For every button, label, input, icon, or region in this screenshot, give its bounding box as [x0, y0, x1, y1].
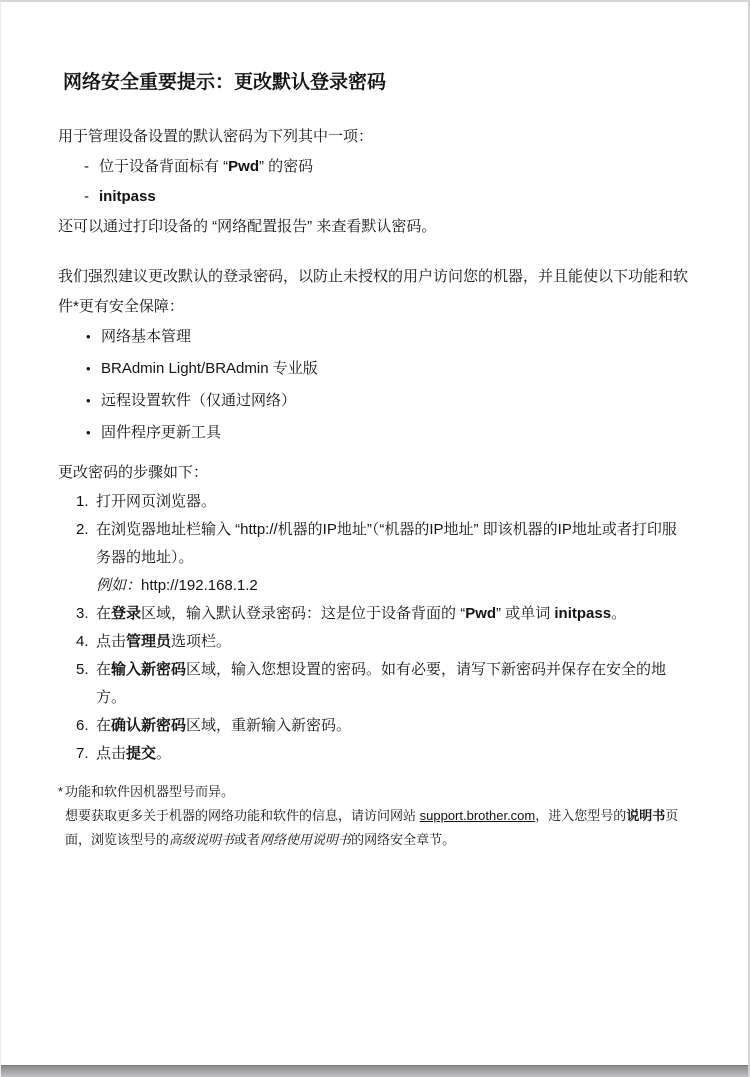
- text-segment: 管理员: [126, 633, 171, 650]
- list-item-text: 远程设置软件（仅通过网络）: [101, 392, 296, 409]
- step-item: 7. 点击提交。: [58, 740, 688, 768]
- step-number: 5.: [76, 656, 89, 684]
- text-segment: 。: [611, 605, 626, 622]
- recommendation-paragraph: 我们强烈建议更改默认的登录密码，以防止未授权的用户访问您的机器，并且能使以下功能…: [58, 262, 688, 322]
- list-item-text: BRAdmin Light/BRAdmin 专业版: [101, 360, 318, 377]
- bullet-marker: •: [86, 418, 91, 448]
- text-segment: 。: [156, 745, 171, 762]
- bullet-marker: •: [86, 354, 91, 384]
- text-segment: ” 的密码: [259, 158, 313, 175]
- text-segment: 登录: [111, 605, 141, 622]
- step-number: 3.: [76, 600, 89, 628]
- step-number: 7.: [76, 740, 89, 768]
- text-segment: 想要获取更多关于机器的网络功能和软件的信息，请访问网站: [65, 808, 420, 823]
- text-segment: 位于设备背面标有 “: [99, 158, 228, 175]
- step-number: 6.: [76, 712, 89, 740]
- document-title: 网络安全重要提示：更改默认登录密码: [63, 70, 688, 96]
- secured-features-list: • 网络基本管理 • BRAdmin Light/BRAdmin 专业版 • 远…: [58, 322, 688, 448]
- text-segment: ” 或单词: [496, 605, 554, 622]
- text-segment: initpass: [554, 605, 611, 622]
- footnote-body: 想要获取更多关于机器的网络功能和软件的信息，请访问网站 support.brot…: [58, 804, 688, 852]
- step-text: 打开网页浏览器。: [96, 493, 216, 510]
- text-segment: 在浏览器地址栏输入 “http://机器的IP地址”（“机器的IP地址” 即该机…: [96, 521, 677, 566]
- text-segment: 输入新密码: [111, 661, 186, 678]
- list-item: • 网络基本管理: [58, 322, 688, 352]
- text-segment: 打开网页浏览器。: [96, 493, 216, 510]
- step-item: 6. 在确认新密码区域，重新输入新密码。: [58, 712, 688, 740]
- footnote: *功能和软件因机器型号而异。 想要获取更多关于机器的网络功能和软件的信息，请访问…: [58, 780, 688, 852]
- text-segment: 说明书: [626, 808, 665, 823]
- text-segment: 提交: [126, 745, 156, 762]
- step-text: 在登录区域，输入默认登录密码：这是位于设备背面的 “Pwd” 或单词 initp…: [96, 605, 626, 622]
- text-segment: 例如：: [96, 577, 141, 594]
- text-segment: initpass: [99, 188, 156, 205]
- text-segment: 点击: [96, 633, 126, 650]
- step-text: 在浏览器地址栏输入 “http://机器的IP地址”（“机器的IP地址” 即该机…: [96, 521, 677, 594]
- text-segment: http://192.168.1.2: [141, 577, 258, 594]
- change-password-steps: 1. 打开网页浏览器。 2. 在浏览器地址栏输入 “http://机器的IP地址…: [58, 488, 688, 768]
- text-segment: 的网络安全章节。: [351, 832, 455, 847]
- text-segment: 在: [96, 717, 111, 734]
- list-item-text: 网络基本管理: [101, 328, 191, 345]
- document-page: 网络安全重要提示：更改默认登录密码 用于管理设备设置的默认密码为下列其中一项： …: [0, 0, 750, 1077]
- list-item-text: 固件程序更新工具: [101, 424, 221, 441]
- page-bottom-edge: [1, 1065, 748, 1077]
- text-segment: 选项栏。: [171, 633, 231, 650]
- text-segment: 高级说明书: [169, 832, 234, 847]
- bullet-marker: •: [86, 386, 91, 416]
- support-brother-link[interactable]: support.brother.com: [420, 808, 536, 823]
- list-item: • 远程设置软件（仅通过网络）: [58, 386, 688, 416]
- dash-marker: -: [84, 182, 89, 212]
- text-segment: ，进入您型号的: [535, 808, 626, 823]
- text-segment: 在: [96, 605, 111, 622]
- intro-after-paragraph: 还可以通过打印设备的 “网络配置报告” 来查看默认密码。: [58, 212, 688, 242]
- asterisk-marker: *: [58, 780, 65, 804]
- step-text: 在确认新密码区域，重新输入新密码。: [96, 717, 351, 734]
- document-content: 网络安全重要提示：更改默认登录密码 用于管理设备设置的默认密码为下列其中一项： …: [1, 2, 748, 852]
- dash-marker: -: [84, 152, 89, 182]
- text-segment: 或者: [234, 832, 260, 847]
- footnote-text: 功能和软件因机器型号而异。: [65, 784, 234, 799]
- default-password-list: - 位于设备背面标有 “Pwd” 的密码 - initpass: [58, 152, 688, 212]
- text-segment: 确认新密码: [111, 717, 186, 734]
- intro-lead-paragraph: 用于管理设备设置的默认密码为下列其中一项：: [58, 122, 688, 152]
- step-text: 点击管理员选项栏。: [96, 633, 231, 650]
- text-segment: Pwd: [465, 605, 496, 622]
- text-segment: 区域，输入默认登录密码：这是位于设备背面的 “: [141, 605, 465, 622]
- step-text: 点击提交。: [96, 745, 171, 762]
- text-segment: 区域，重新输入新密码。: [186, 717, 351, 734]
- text-segment: Pwd: [228, 158, 259, 175]
- step-item: 5. 在输入新密码区域，输入您想设置的密码。如有必要，请写下新密码并保存在安全的…: [58, 656, 688, 712]
- step-number: 1.: [76, 488, 89, 516]
- step-item: 1. 打开网页浏览器。: [58, 488, 688, 516]
- steps-lead-paragraph: 更改密码的步骤如下：: [58, 458, 688, 488]
- list-item: • BRAdmin Light/BRAdmin 专业版: [58, 354, 688, 384]
- step-item: 4. 点击管理员选项栏。: [58, 628, 688, 656]
- step-item: 2. 在浏览器地址栏输入 “http://机器的IP地址”（“机器的IP地址” …: [58, 516, 688, 600]
- text-segment: 在: [96, 661, 111, 678]
- bullet-marker: •: [86, 322, 91, 352]
- footnote-line: *功能和软件因机器型号而异。: [58, 780, 688, 804]
- list-item: - 位于设备背面标有 “Pwd” 的密码: [58, 152, 688, 182]
- step-number: 4.: [76, 628, 89, 656]
- list-item: • 固件程序更新工具: [58, 418, 688, 448]
- list-item-text: initpass: [99, 188, 156, 205]
- list-item-text: 位于设备背面标有 “Pwd” 的密码: [99, 158, 313, 175]
- list-item: - initpass: [58, 182, 688, 212]
- text-segment: 点击: [96, 745, 126, 762]
- step-text: 在输入新密码区域，输入您想设置的密码。如有必要，请写下新密码并保存在安全的地方。: [96, 661, 666, 706]
- step-item: 3. 在登录区域，输入默认登录密码：这是位于设备背面的 “Pwd” 或单词 in…: [58, 600, 688, 628]
- text-segment: 网络使用说明书: [260, 832, 351, 847]
- step-number: 2.: [76, 516, 89, 544]
